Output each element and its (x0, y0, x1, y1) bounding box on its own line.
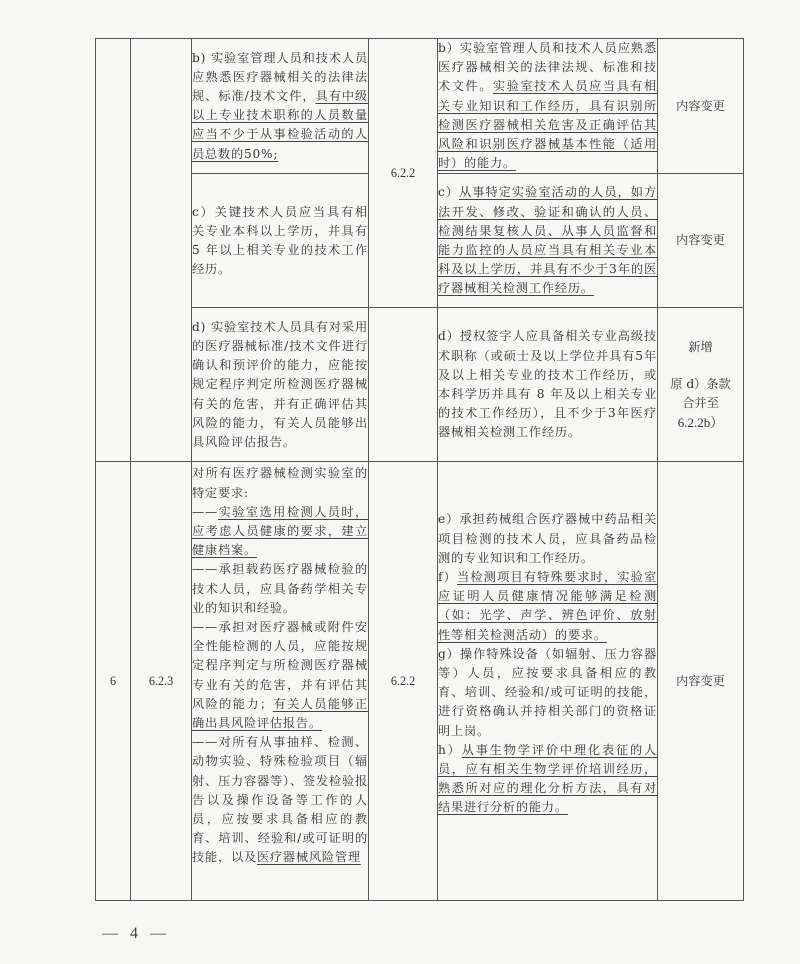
change-note-cell: 新增 原 d）条款 合并至 6.2.2b） (658, 308, 744, 462)
table-row: b) 实验室管理人员和技术人员应熟悉医疗器械相关的法律法规、标准/技术文件，具有… (96, 39, 744, 174)
new-text-cell: e）承担药械组合医疗器械中药品相关项目检测的技术人员，应具备药品检测的专业知识和… (438, 462, 658, 901)
old-text-underlined: 实验室选用检测人员时，应考虑人员健康的要求，建立健康档案。 (192, 505, 368, 557)
old-text-plain: ——对所有从事抽样、检测、动物实验、特殊检验项目（辐射、压力容器等）、签发检验报… (192, 735, 368, 864)
note-line: 6.2.2b） (658, 413, 743, 432)
new-text-underlined: 从事生物学评价中理化表征的人员，应有相关生物学评价培训经历，熟悉所对应的理化分析… (438, 743, 657, 815)
note-line: 原 d）条款 (658, 375, 743, 394)
note-line: 新增 (658, 338, 743, 357)
new-text-plain: g）操作特殊设备（如辐射、压力容器等）人员，应按要求具备相应的教育、培训、经验和… (438, 647, 657, 738)
new-text-cell: d）授权签字人应具备相关专业高级技术职称（或硕士及以上学位并具有5年及以上相关专… (438, 308, 658, 462)
page-number: — 4 — (102, 925, 170, 943)
new-text-plain: f） (438, 570, 457, 584)
change-note-cell: 内容变更 (658, 462, 744, 901)
seq-cell (96, 39, 131, 462)
new-text-plain: e）承担药械组合医疗器械中药品相关项目检测的技术人员，应具备药品检测的专业知识和… (438, 512, 657, 564)
change-note-cell: 内容变更 (658, 39, 744, 174)
new-text-plain: h） (438, 743, 462, 757)
document-page: b) 实验室管理人员和技术人员应熟悉医疗器械相关的法律法规、标准/技术文件，具有… (0, 0, 800, 964)
old-text-cell: b) 实验室管理人员和技术人员应熟悉医疗器械相关的法律法规、标准/技术文件，具有… (192, 39, 369, 174)
comparison-table: b) 实验室管理人员和技术人员应熟悉医疗器械相关的法律法规、标准/技术文件，具有… (95, 38, 744, 901)
old-text-cell: d) 实验室技术人员具有对采用的医疗器械标准/技术文件进行确认和预评价的能力，应… (192, 308, 369, 462)
old-text-plain: c）关键技术人员应当具有相关专业本科以上学历，并具有 5 年以上相关专业的技术工… (192, 205, 368, 277)
new-text-underlined: 当检测项目有特殊要求时，实验室应证明人员健康情况能够满足检测（如：光学、声学、辨… (438, 570, 657, 642)
new-clause-cell: 6.2.2 (369, 462, 438, 901)
new-text-plain: c） (438, 185, 459, 199)
old-text-plain: —— (192, 505, 218, 519)
new-text-plain: d）授权签字人应具备相关专业高级技术职称（或硕士及以上学位并具有5年及以上相关专… (438, 329, 657, 439)
new-text-cell: b）实验室管理人员和技术人员应熟悉医疗器械相关的法律法规、标准和技术文件。实验室… (438, 39, 658, 174)
old-text-plain: ——承担载药医疗器械检验的技术人员，应具备药学相关专业的知识和经验。 (192, 562, 368, 614)
change-note-cell: 内容变更 (658, 174, 744, 308)
old-text-cell: c）关键技术人员应当具有相关专业本科以上学历，并具有 5 年以上相关专业的技术工… (192, 174, 369, 308)
table-row: 6 6.2.3 对所有医疗器械检测实验室的特定要求: ——实验室选用检测人员时，… (96, 462, 744, 901)
table-row: d) 实验室技术人员具有对采用的医疗器械标准/技术文件进行确认和预评价的能力，应… (96, 308, 744, 462)
new-clause-cell: 6.2.2 (369, 39, 438, 308)
old-clause-cell (131, 39, 192, 462)
old-text-plain: d) 实验室技术人员具有对采用的医疗器械标准/技术文件进行确认和预评价的能力，应… (192, 320, 368, 449)
old-text-underlined: 医疗器械风险管理 (257, 850, 361, 864)
old-text-cell: 对所有医疗器械检测实验室的特定要求: ——实验室选用检测人员时，应考虑人员健康的… (192, 462, 369, 901)
new-clause-cell-empty (369, 308, 438, 462)
new-text-cell: c）从事特定实验室活动的人员，如方法开发、修改、验证和确认的人员、检测结果复核人… (438, 174, 658, 308)
new-text-underlined: 从事特定实验室活动的人员，如方法开发、修改、验证和确认的人员、检测结果复核人员、… (438, 185, 657, 295)
old-text-plain: 对所有医疗器械检测实验室的特定要求: (192, 466, 368, 499)
note-line: 合并至 (658, 394, 743, 413)
old-clause-cell: 6.2.3 (131, 462, 192, 901)
seq-cell: 6 (96, 462, 131, 901)
